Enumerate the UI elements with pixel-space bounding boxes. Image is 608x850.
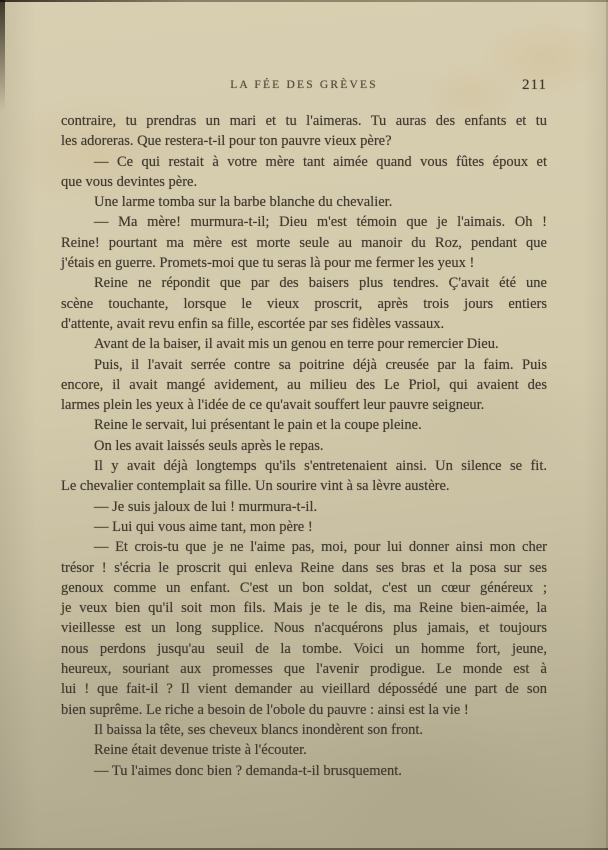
running-title: LA FÉE DES GRÈVES	[61, 79, 547, 91]
text-line: heureux, souriant aux promesses que l'av…	[61, 659, 547, 679]
text-line: nous perdons jusqu'au seuil de la tombe.…	[61, 639, 547, 659]
text-line: lui ! que fait-il ? Il vient demander au…	[61, 679, 547, 699]
scan-edge-left	[0, 0, 5, 110]
text-line: vieillesse est un long supplice. Nous n'…	[61, 618, 547, 638]
text-line: Une larme tomba sur la barbe blanche du …	[61, 192, 547, 212]
text-line: — Je suis jaloux de lui ! murmura-t-il.	[61, 497, 547, 517]
text-line: les adoreras. Que restera-t-il pour ton …	[61, 131, 547, 151]
page-header: LA FÉE DES GRÈVES 211	[61, 79, 547, 97]
text-line: j'étais en guerre. Promets-moi que tu se…	[61, 253, 547, 273]
text-line: bien suprême. Le riche a besoin de l'obo…	[61, 700, 547, 720]
scanned-book-page: LA FÉE DES GRÈVES 211 contraire, tu pren…	[0, 0, 608, 850]
text-line: contraire, tu prendras un mari et tu l'a…	[61, 111, 547, 131]
text-line: d'attente, avait revu enfin sa fille, es…	[61, 314, 547, 334]
text-line: Le chevalier contemplait sa fille. Un so…	[61, 476, 547, 496]
text-line: Il y avait déjà longtemps qu'ils s'entre…	[61, 456, 547, 476]
text-line: — Et crois-tu que je ne l'aime pas, moi,…	[61, 537, 547, 557]
text-line: Puis, il l'avait serrée contre sa poitri…	[61, 355, 547, 375]
page-number: 211	[522, 77, 547, 94]
text-line: scène touchante, lorsque le vieux proscr…	[61, 294, 547, 314]
text-line: — Ma mère! murmura-t-il; Dieu m'est témo…	[61, 212, 547, 232]
page-text: contraire, tu prendras un mari et tu l'a…	[61, 111, 547, 781]
text-line: Avant de la baiser, il avait mis un geno…	[61, 334, 547, 354]
text-line: — Ce qui restait à votre mère tant aimée…	[61, 152, 547, 172]
text-line: Reine le servait, lui présentant le pain…	[61, 415, 547, 435]
text-line: — Tu l'aimes donc bien ? demanda-t-il br…	[61, 761, 547, 781]
text-line: Reine ne répondit que par des baisers pl…	[61, 273, 547, 293]
text-line: je veux bien qu'il soit mon fils. Mais j…	[61, 598, 547, 618]
text-line: Reine! pourtant ma mère est morte seule …	[61, 233, 547, 253]
text-line: — Lui qui vous aime tant, mon père !	[61, 517, 547, 537]
text-line: Il baissa la tête, ses cheveux blancs in…	[61, 720, 547, 740]
text-line: larmes plein les yeux à l'idée de ce qu'…	[61, 395, 547, 415]
text-line: trésor ! s'écria le proscrit qui enleva …	[61, 558, 547, 578]
scan-edge-top	[0, 0, 608, 2]
text-line: On les avait laissés seuls après le repa…	[61, 436, 547, 456]
text-line: Reine était devenue triste à l'écouter.	[61, 740, 547, 760]
text-line: encore, il avait mangé avidement, au mil…	[61, 375, 547, 395]
text-line: genoux comme un enfant. C'est un bon sol…	[61, 578, 547, 598]
text-line: que vous devintes père.	[61, 172, 547, 192]
